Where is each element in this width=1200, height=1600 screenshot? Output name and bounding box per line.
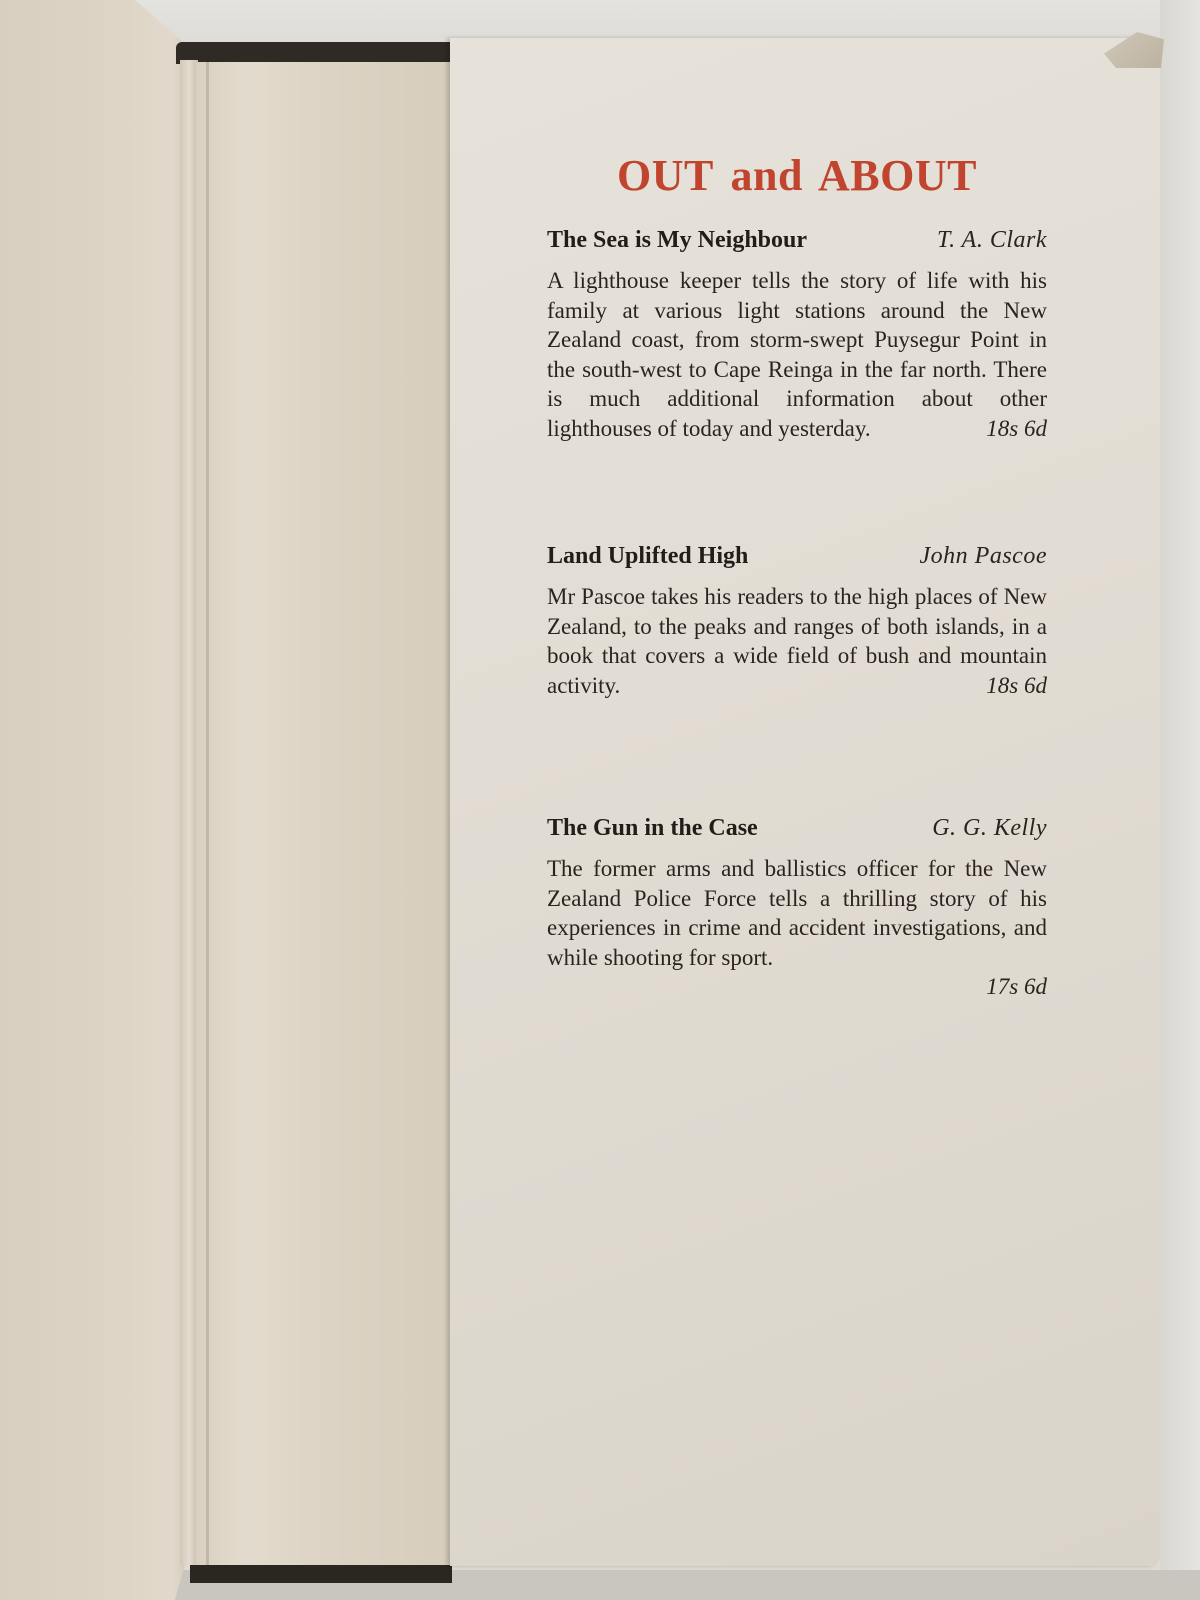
book-price: 18s 6d xyxy=(986,414,1047,444)
book-author: G. G. Kelly xyxy=(932,815,1047,842)
jacket-torn-corner xyxy=(1104,32,1164,68)
background-wall-right xyxy=(1160,0,1200,1600)
endpaper xyxy=(196,62,452,1565)
book-entry: Land Uplifted High John Pascoe Mr Pascoe… xyxy=(547,543,1047,700)
book-title: The Sea is My Neighbour xyxy=(547,227,807,254)
book-title: The Gun in the Case xyxy=(547,815,758,842)
section-heading: OUT and ABOUT xyxy=(547,150,1047,201)
book-author: John Pascoe xyxy=(920,543,1047,570)
entry-header: Land Uplifted High John Pascoe xyxy=(547,543,1047,570)
book-title: Land Uplifted High xyxy=(547,543,748,570)
book-price: 17s 6d xyxy=(547,972,1047,1002)
book-entry: The Gun in the Case G. G. Kelly The form… xyxy=(547,815,1047,1002)
book-price: 18s 6d xyxy=(986,671,1047,701)
left-book-page xyxy=(0,0,192,1600)
book-description: A lighthouse keeper tells the story of l… xyxy=(547,266,1047,443)
entry-header: The Sea is My Neighbour T. A. Clark xyxy=(547,227,1047,254)
book-description: The former arms and ballistics officer f… xyxy=(547,854,1047,972)
book-binding-bottom-edge xyxy=(190,1563,452,1583)
entry-header: The Gun in the Case G. G. Kelly xyxy=(547,815,1047,842)
endpaper-fold xyxy=(206,62,209,1565)
entry-body: A lighthouse keeper tells the story of l… xyxy=(547,266,1047,443)
book-entry: The Sea is My Neighbour T. A. Clark A li… xyxy=(547,227,1047,443)
book-description: Mr Pascoe takes his readers to the high … xyxy=(547,582,1047,700)
flap-content: OUT and ABOUT The Sea is My Neighbour T.… xyxy=(547,150,1047,1002)
entry-body: Mr Pascoe takes his readers to the high … xyxy=(547,582,1047,700)
book-binding-top-edge xyxy=(176,42,452,64)
book-author: T. A. Clark xyxy=(937,227,1047,254)
